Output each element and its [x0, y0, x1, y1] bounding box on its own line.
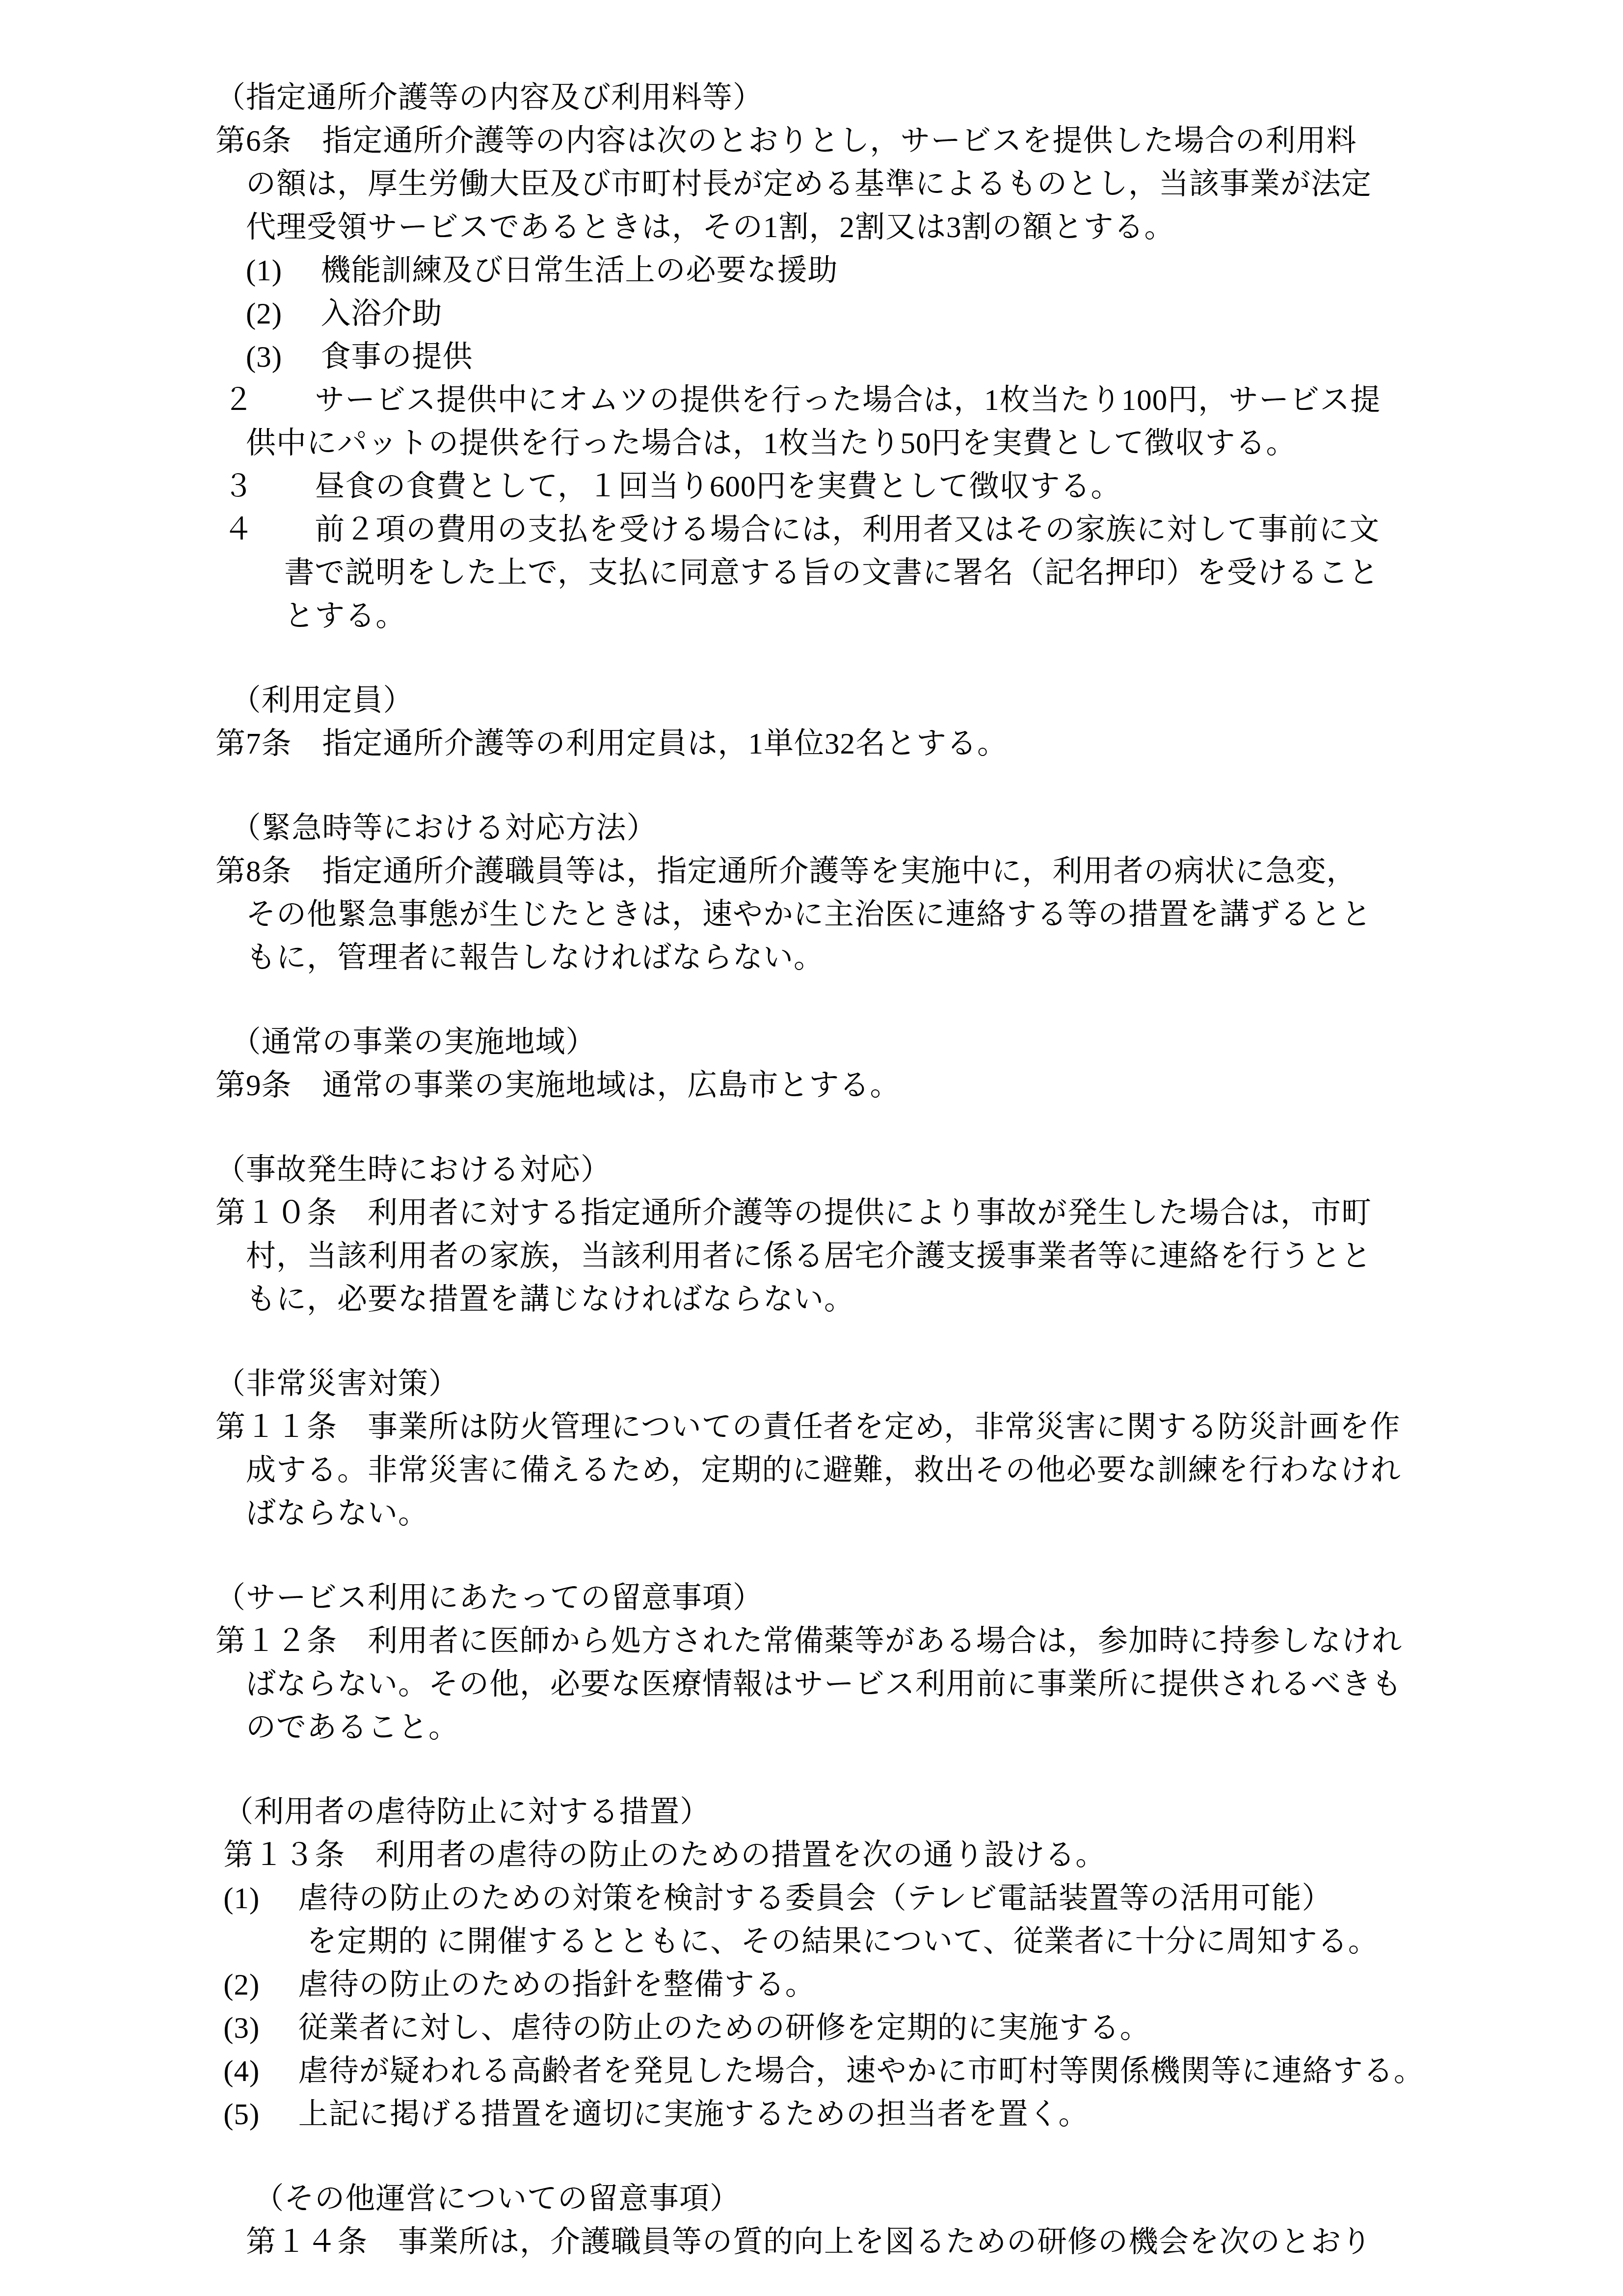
list-item-line: (2) 入浴介助	[215, 293, 1535, 336]
article-line: 第１３条 利用者の虐待の防止のための措置を次の通り設ける。	[215, 1834, 1535, 1877]
article-continuation-line: の額は，厚生労働大臣及び市町村長が定める基準によるものとし，当該事業が法定	[215, 163, 1535, 206]
article-continuation-line: もに，必要な措置を講じなければならない。	[215, 1278, 1535, 1322]
article-continuation-line: ばならない。	[215, 1492, 1535, 1536]
section-heading-line: （指定通所介護等の内容及び利用料等）	[215, 77, 1535, 120]
list-item-line: (3) 従業者に対し、虐待の防止のための研修を定期的に実施する。	[215, 2007, 1535, 2050]
clause-continuation-line: とする。	[215, 595, 1535, 638]
article-continuation-line: その他緊急事態が生じたときは，速やかに主治医に連絡する等の措置を講ずるとと	[215, 893, 1535, 937]
numbered-clause-line: ３ 昼食の食費として，１回当り600円を実費として徴収する。	[215, 465, 1535, 509]
article-continuation-line: 成する。非常災害に備えるため，定期的に避難，救出その他必要な訓練を行わなけれ	[215, 1449, 1535, 1492]
document-page: （指定通所介護等の内容及び利用料等）第6条 指定通所介護等の内容は次のとおりとし…	[0, 0, 1623, 2296]
clause-continuation-line: を定期的 に開催するとともに、その結果について、従業者に十分に周知する。	[215, 1920, 1535, 1964]
article-line: 第9条 通常の事業の実施地域は，広島市とする。	[215, 1064, 1535, 1107]
clause-continuation-line: 書で説明をした上で，支払に同意する旨の文書に署名（記名押印）を受けること	[215, 552, 1535, 595]
article-line: 第7条 指定通所介護等の利用定員は，1単位32名とする。	[215, 723, 1535, 766]
document-body: （指定通所介護等の内容及び利用料等）第6条 指定通所介護等の内容は次のとおりとし…	[215, 77, 1535, 2264]
article-line: 第6条 指定通所介護等の内容は次のとおりとし，サービスを提供した場合の利用料	[215, 120, 1535, 163]
section-heading-line: （その他運営についての留意事項）	[215, 2178, 1535, 2221]
article-continuation-line: 代理受領サービスであるときは，その1割，2割又は3割の額とする。	[215, 206, 1535, 249]
article-continuation-line: のであること。	[215, 1706, 1535, 1750]
article-line: 第１４条 事業所は，介護職員等の質的向上を図るための研修の機会を次のとおり	[215, 2221, 1535, 2264]
article-continuation-line: もに，管理者に報告しなければならない。	[215, 937, 1535, 980]
section-heading-line: （利用定員）	[215, 679, 1535, 723]
numbered-clause-line: ２ サービス提供中にオムツの提供を行った場合は，1枚当たり100円，サービス提	[215, 379, 1535, 422]
article-continuation-line: 村，当該利用者の家族，当該利用者に係る居宅介護支援事業者等に連絡を行うとと	[215, 1235, 1535, 1278]
list-item-line: (2) 虐待の防止のための指針を整備する。	[215, 1964, 1535, 2007]
article-line: 第１２条 利用者に医師から処方された常備薬等がある場合は，参加時に持参しなけれ	[215, 1620, 1535, 1663]
section-heading-line: （事故発生時における対応）	[215, 1149, 1535, 1192]
article-line: 第１０条 利用者に対する指定通所介護等の提供により事故が発生した場合は，市町	[215, 1192, 1535, 1235]
list-item-line: (1) 虐待の防止のための対策を検討する委員会（テレビ電話装置等の活用可能）	[215, 1877, 1535, 1920]
section-heading-line: （サービス利用にあたっての留意事項）	[215, 1577, 1535, 1620]
article-line: 第１１条 事業所は防火管理についての責任者を定め，非常災害に関する防災計画を作	[215, 1406, 1535, 1449]
list-item-line: (4) 虐待が疑われる高齢者を発見した場合，速やかに市町村等関係機関等に連絡する…	[215, 2050, 1535, 2093]
numbered-clause-line: ４ 前２項の費用の支払を受ける場合には，利用者又はその家族に対して事前に文	[215, 509, 1535, 552]
article-line: 第8条 指定通所介護職員等は，指定通所介護等を実施中に，利用者の病状に急変，	[215, 850, 1535, 893]
section-heading-line: （非常災害対策）	[215, 1363, 1535, 1406]
list-item-line: (5) 上記に掲げる措置を適切に実施するための担当者を置く。	[215, 2093, 1535, 2136]
section-heading-line: （緊急時等における対応方法）	[215, 807, 1535, 850]
list-item-line: (1) 機能訓練及び日常生活上の必要な援助	[215, 249, 1535, 293]
section-heading-line: （利用者の虐待防止に対する措置）	[215, 1791, 1535, 1834]
article-continuation-line: ばならない。その他，必要な医療情報はサービス利用前に事業所に提供されるべきも	[215, 1663, 1535, 1706]
section-heading-line: （通常の事業の実施地域）	[215, 1021, 1535, 1064]
clause-continuation-line: 供中にパットの提供を行った場合は，1枚当たり50円を実費として徴収する。	[215, 422, 1535, 465]
list-item-line: (3) 食事の提供	[215, 336, 1535, 379]
